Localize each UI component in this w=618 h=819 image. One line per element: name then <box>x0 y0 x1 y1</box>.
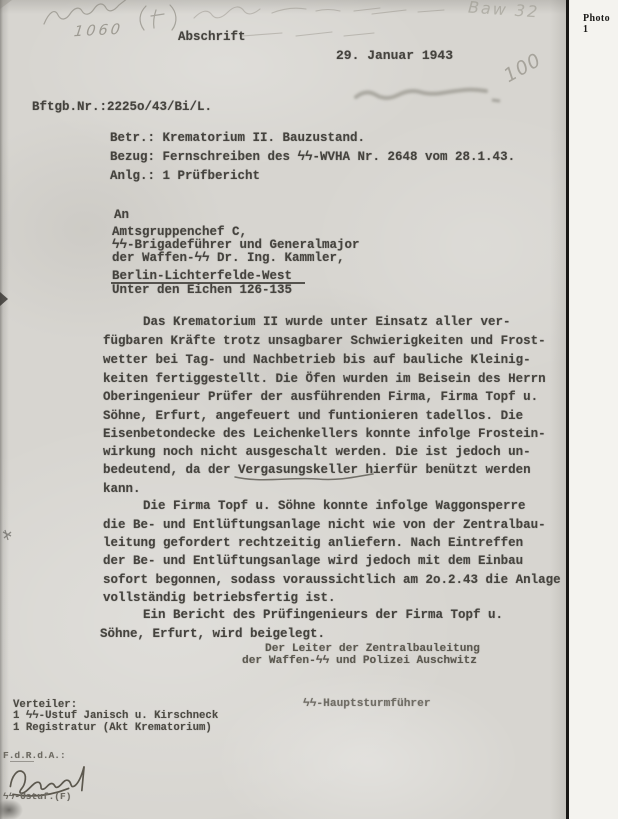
recipient-line: An <box>114 209 129 221</box>
recipient-line: Amtsgruppenchef C, <box>112 226 247 238</box>
photo-edge-speck <box>2 528 14 542</box>
body-line: Söhne, Erfurt, wird beigelegt. <box>100 628 325 640</box>
body-line: wirkung noch nicht ausgeschalt werden. D… <box>103 446 531 458</box>
recipient-street: Unter den Eichen 126-135 <box>112 284 292 296</box>
body-line: keiten fertiggestellt. Die Öfen wurden i… <box>103 373 546 385</box>
recipient-city: Berlin-Lichterfelde-West <box>112 270 292 282</box>
book-page: 1060 Baw 32 100 Abschrift 29. Januar 194… <box>0 0 618 819</box>
date-line: 29. Januar 1943 <box>336 50 453 62</box>
reference-line: Bezug: Fernschreiben des ϟϟ-WVHA Nr. 264… <box>110 151 515 163</box>
body-line: wetter bei Tag- und Nachbetrieb bis auf … <box>103 354 531 366</box>
ghost-writing-smudge <box>352 84 507 106</box>
body-line: Ein Bericht des Prüfingenieurs der Firma… <box>143 609 503 621</box>
rank-line: ϟϟ-Hauptsturmführer <box>303 698 431 710</box>
body-line: die Be- und Entlüftungsanlage nicht wie … <box>103 519 546 531</box>
body-line: Eisenbetondecke des Leichenkellers konnt… <box>103 428 546 440</box>
document-photo: 1060 Baw 32 100 Abschrift 29. Januar 194… <box>0 0 566 819</box>
copy-label: Abschrift <box>178 31 246 43</box>
recipient-line: ϟϟ-Brigadeführer und Generalmajor <box>112 239 360 251</box>
enclosure-line: Anlg.: 1 Prüfbericht <box>110 170 260 182</box>
body-line: vollständig betriebsfertig ist. <box>103 592 336 604</box>
photo-corner-smudge <box>0 799 23 819</box>
recipient-line: der Waffen-ϟϟ Dr. Ing. Kammler, <box>112 252 345 264</box>
closing-line: der Waffen-ϟϟ und Polizei Auschwitz <box>242 655 477 667</box>
certification-underline <box>10 761 34 762</box>
distribution-line: 1 ϟϟ-Ustuf Janisch u. Kirschneck <box>13 711 218 722</box>
pencil-number-1060: 1060 <box>73 22 124 41</box>
body-line: Oberingenieur Prüfer der ausführenden Fi… <box>103 391 538 403</box>
body-line: kann. <box>103 483 141 495</box>
subject-line: Betr.: Krematorium II. Bauzustand. <box>110 132 365 144</box>
body-line: Die Firma Topf u. Söhne konnte infolge W… <box>143 500 526 512</box>
body-line: der Be- und Entlüftungsanlage wird jedoc… <box>103 555 523 567</box>
body-line: Das Krematorium II wurde unter Einsatz a… <box>143 316 511 328</box>
photo-edge-artifact <box>0 292 8 306</box>
photo-caption: Photo 1 <box>583 13 618 35</box>
photo-edge-line <box>566 0 569 819</box>
body-line: leitung gefordert rechtzeitig anliefern.… <box>103 537 523 549</box>
photo-corner-artifact <box>0 0 12 9</box>
closing-line: Der Leiter der Zentralbauleitung <box>265 643 480 655</box>
body-line: fügbaren Kräfte trotz unsagbarer Schwier… <box>103 335 546 347</box>
body-line: sofort begonnen, sodass voraussichtlich … <box>103 574 561 586</box>
file-reference: Bftgb.Nr.:2225o/43/Bi/L. <box>32 101 212 113</box>
distribution-line: 1 Registratur (Akt Krematorium) <box>13 723 212 734</box>
certification-line: F.d.R.d.A.: <box>3 751 66 761</box>
body-line: Söhne, Erfurt, angefeuert und funtionier… <box>103 410 523 422</box>
pencil-number-100: 100 <box>500 49 545 87</box>
pencil-corner-note: Baw 32 <box>467 0 539 21</box>
pencil-underline-vergasungskeller <box>233 471 375 483</box>
